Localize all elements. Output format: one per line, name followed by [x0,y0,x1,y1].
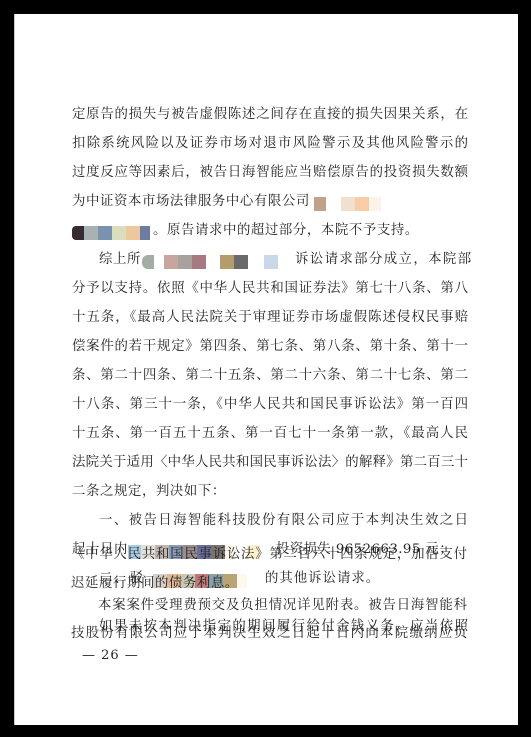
text-segment: 诉讼请求部分成立，本院部 [295,250,468,270]
text-line: 扣除系统风险以及证券市场对退市风险警示及其他风险警示的 [72,134,468,154]
text-line: 《中华人民共和国民事诉讼法》第二百六十四条规定，加倍支付 [71,545,467,565]
document-page: 定原告的损失与被告虚假陈述之间存在直接的损失因果关系，在 扣除系统风险以及证券市… [14,14,518,725]
text-line: 定原告的损失与被告虚假陈述之间存在直接的损失因果关系，在 [72,105,468,125]
text-line: 十八条、第三十一条，《中华人民共和国民事诉讼法》第一百四 [72,395,468,415]
text-line-with-redaction: 为中证资本市场法律服务中心有限公司 [72,192,468,212]
judgment-item-1: 一、被告日海智能科技股份有限公司应于本判决生效之日 [72,511,468,531]
text-line: 十五条、第一百五十五条、第一百七十一条第一款，《最高人民 [72,424,468,444]
text-line: 二条之规定，判决如下： [72,482,468,502]
text-line: 技股份有限公司应于本判决生效之日起十日内向本院缴纳应负 [71,624,467,644]
text-line: 。原告请求中的超过部分，本院不予支持。 [153,221,453,241]
page-number: — 26 — [82,648,139,663]
text-line: 迟延履行期间的债务利息。 [71,574,467,594]
text-line: 过度反应等因素后，被告日海智能应当赔偿原告的投资损失数额 [72,163,468,183]
text-line: 条、第二十四条、第二十五条、第二十六条、第二十七条、第二 [72,366,468,386]
text-segment: 为中证资本市场法律服务中心有限公司 [72,194,310,209]
text-line: 偿案件的若干规定》第四条、第七条、第八条、第十条、第十一 [72,337,468,357]
text-line: 十五条，《最高人民法院关于审理证券市场虚假陈述侵权民事赔 [72,308,468,328]
text-line: 法院关于适用〈中华人民共和国民事诉讼法〉的解释》第二百三十 [72,453,468,473]
text-line: 本案案件受理费预交及负担情况详见附表。被告日海智能科 [71,596,467,616]
text-line: 分予以支持。依照《中华人民共和国证券法》第七十八条、第八 [72,279,468,299]
